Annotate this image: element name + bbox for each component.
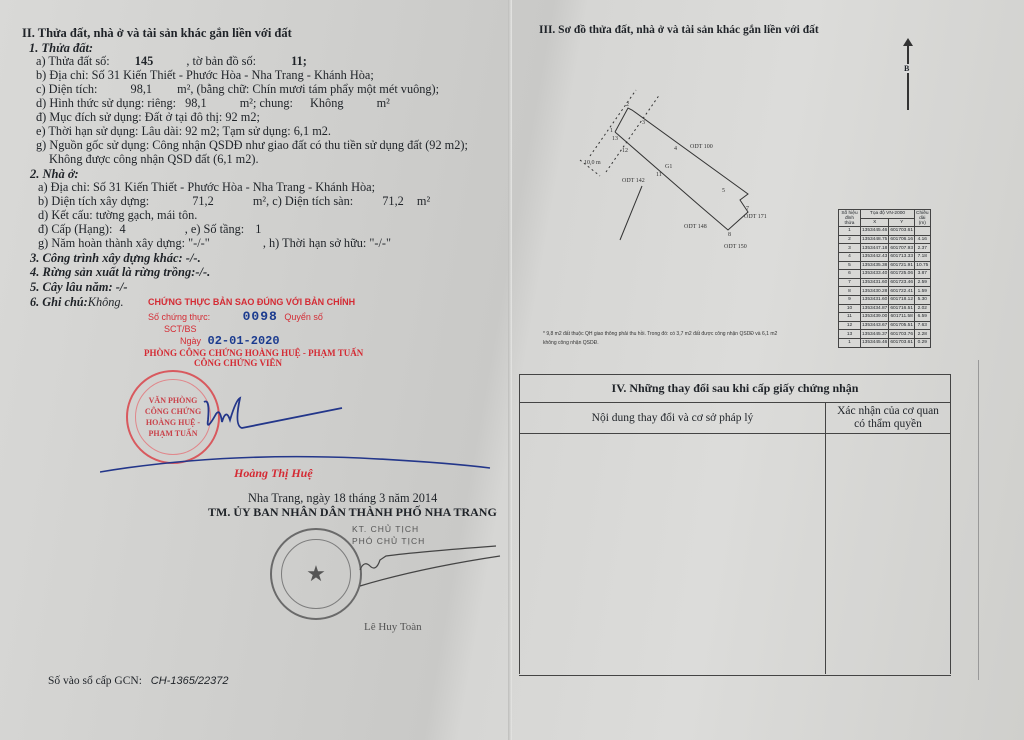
usage-private: 98,1 (185, 96, 207, 110)
changes-confirm-cell (826, 434, 950, 674)
cert-date-label: Ngày (180, 336, 201, 346)
register-row: Số vào sổ cấp GCN: CH-1365/22372 (48, 675, 228, 687)
road-width: 10,0 m (584, 160, 601, 166)
vertex-12: 12 (622, 148, 628, 154)
note-value: Không. (88, 295, 124, 309)
land-purpose: đ) Mục đích sử dụng: Đất ở tại đô thị: 9… (36, 111, 260, 124)
changes-col-confirm: Xác nhận của cơ quancó thẩm quyền (826, 403, 950, 433)
confirm-line2: có thẩm quyền (837, 418, 939, 431)
coord-y: 601721.91 (889, 261, 915, 270)
vertex-id: 5 (839, 261, 861, 270)
cert-role: CÔNG CHỨNG VIÊN (194, 358, 368, 368)
ownership-term: , h) Thời hạn sở hữu: "-/-" (263, 236, 391, 250)
register-no: CH-1365/22372 (151, 675, 229, 687)
edge-length: 2.59 (915, 278, 931, 287)
edge-length: 7.18 (915, 252, 931, 261)
usage-form-label: d) Hình thức sử dụng: riêng: (36, 96, 176, 110)
notary-signature (100, 380, 500, 480)
floors: 1 (255, 222, 261, 236)
diagram-note: * 9,8 m2 đất thuộc QH giao thông phải th… (543, 330, 783, 348)
coord-y: 601705.51 (889, 321, 915, 330)
north-arrow-icon (907, 44, 909, 110)
edge-length: 1.59 (915, 287, 931, 296)
margin-line (978, 360, 979, 680)
usage-form-row: d) Hình thức sử dụng: riêng: 98,1 m²; ch… (36, 97, 390, 110)
coords-row: 41353442.43601713.337.18 (839, 252, 931, 261)
note-row: 6. Ghi chú:Không. (30, 295, 124, 310)
grade: 4 (120, 222, 126, 236)
edge-length: 6.59 (915, 313, 931, 322)
coord-x: 1353435.38 (861, 261, 889, 270)
coord-x: 1353447.18 (861, 244, 889, 253)
notary-signer: Hoàng Thị Huệ (234, 466, 313, 481)
coordinates-table: Số hiệu đỉnh thửa Tọa độ VN-2000 Chiều d… (838, 209, 931, 348)
house-structure: d) Kết cấu: tường gạch, mái tôn. (38, 209, 197, 222)
vertex-id: 2 (839, 235, 861, 244)
coord-x: 1353430.28 (861, 287, 889, 296)
usage-common-label: m²; chung: (240, 96, 293, 110)
coord-x: 1353433.40 (861, 270, 889, 279)
section-4-title: IV. Những thay đổi sau khi cấp giấy chứn… (520, 375, 950, 403)
coords-row: 31353447.18601707.932.37 (839, 244, 931, 253)
certification-stamp: CHỨNG THỰC BẢN SAO ĐÚNG VỚI BẢN CHÍNH Số… (148, 297, 368, 368)
floor-area-label: m², c) Diện tích sàn: (253, 194, 353, 208)
house-address: a) Địa chỉ: Số 31 Kiến Thiết - Phước Hòa… (38, 181, 375, 194)
issue-place-date: Nha Trang, ngày 18 tháng 3 năm 2014 (248, 492, 437, 505)
edge-length: 4.16 (915, 235, 931, 244)
parcel-no-label: a) Thửa đất số: (36, 54, 110, 68)
other-works: 3. Công trình xây dựng khác: -/-. (30, 251, 201, 266)
coords-row: 11353445.46601703.610.29 (839, 338, 931, 347)
coord-y: 601703.76 (889, 330, 915, 339)
coord-x: 1353431.60 (861, 295, 889, 304)
coord-x: 1353445.37 (861, 330, 889, 339)
forest: 4. Rừng sản xuất là rừng trồng:-/-. (30, 265, 210, 280)
edge-length: 2.37 (915, 244, 931, 253)
vertex-id: 1 (839, 227, 861, 236)
map-sheet-label: , tờ bản đồ số: (186, 54, 256, 68)
coords-row: 81353430.28601722.411.59 (839, 287, 931, 296)
neighbor-odt142: ODT 142 (622, 178, 645, 184)
coord-x: 1353434.87 (861, 304, 889, 313)
vertex-8: 8 (728, 232, 731, 238)
book-code: SCT/BS (164, 324, 197, 334)
table-bottom-border (519, 674, 951, 676)
coord-y: 601703.61 (889, 338, 915, 347)
note-label: 6. Ghi chú: (30, 295, 88, 309)
vertex-id: 4 (839, 252, 861, 261)
vertex-id: 11 (839, 313, 861, 322)
official-signature (330, 540, 510, 600)
edge-length (915, 227, 931, 236)
land-origin-2: Không được công nhận QSD đất (6,1 m2). (49, 153, 259, 166)
coord-y: 601718.12 (889, 295, 915, 304)
changes-col-content: Nội dung thay đổi và cơ sở pháp lý (520, 403, 826, 433)
coord-y: 601722.41 (889, 287, 915, 296)
official-signer: Lê Huy Toàn (364, 621, 422, 633)
coords-header-length: Chiều dài (m) (915, 210, 931, 227)
coords-row: 91353431.60601718.125.30 (839, 295, 931, 304)
coords-header-x: X (861, 218, 889, 227)
vertex-11: 11 (656, 172, 662, 178)
coord-y: 601706.16 (889, 235, 915, 244)
coords-row: 71353431.60601723.462.59 (839, 278, 931, 287)
deputy-line1: KT. CHỦ TỊCH (352, 524, 419, 534)
register-label: Số vào sổ cấp GCN: (48, 675, 142, 687)
coord-x: 1353443.67 (861, 321, 889, 330)
vertex-id: 9 (839, 295, 861, 304)
cert-date: 02-01-2020 (208, 334, 280, 348)
coords-row: 111353439.00601711.586.59 (839, 313, 931, 322)
coords-row: 101353434.87601716.512.02 (839, 304, 931, 313)
neighbor-odt148: ODT 148 (684, 224, 707, 230)
vertex-id: 1 (839, 338, 861, 347)
vertex-id: 13 (839, 330, 861, 339)
edge-length: 5.30 (915, 295, 931, 304)
cert-no-row: Số chứng thực: 0098 Quyển số SCT/BS (148, 309, 368, 334)
year-built: g) Năm hoàn thành xây dựng: "-/-" (38, 236, 210, 250)
coord-y: 601711.58 (889, 313, 915, 322)
coord-y: 601723.46 (889, 278, 915, 287)
coords-row: 21353448.75601706.164.16 (839, 235, 931, 244)
neighbor-odt100: ODT 100 (690, 144, 713, 150)
coord-y: 601713.33 (889, 252, 915, 261)
parcel-label: G1 (665, 164, 672, 170)
coords-header-vertex: Số hiệu đỉnh thửa (839, 210, 861, 227)
edge-length: 10.75 (915, 261, 931, 270)
parcel-number-row: a) Thửa đất số: 145 , tờ bản đồ số: 11; (36, 55, 307, 68)
book-label: Quyển số (284, 312, 323, 322)
coord-y: 601725.06 (889, 270, 915, 279)
house-grade-row: đ) Cấp (Hạng): 4 , e) Số tầng: 1 (38, 223, 261, 236)
grade-label: đ) Cấp (Hạng): (38, 222, 112, 236)
left-page: II. Thửa đất, nhà ở và tài sản khác gắn … (0, 0, 508, 740)
star-emblem-icon: ★ (306, 561, 326, 587)
vertex-id: 7 (839, 278, 861, 287)
parcel-diagram: G1 10,0 m ODT 100 ODT 142 ODT 148 ODT 17… (560, 80, 800, 270)
cert-office: PHÒNG CÔNG CHỨNG HOÀNG HUỆ - PHẠM TUẤN (144, 348, 368, 358)
built-area: 71,2 (192, 194, 214, 208)
house-year-row: g) Năm hoàn thành xây dựng: "-/-" , h) T… (38, 237, 391, 250)
changes-content-cell (520, 434, 826, 674)
section-3-title: III. Sơ đồ thửa đất, nhà ở và tài sản kh… (539, 24, 819, 36)
vertex-5: 5 (722, 188, 725, 194)
built-area-label: b) Diện tích xây dựng: (38, 194, 149, 208)
vertex-7: 7 (746, 206, 749, 212)
edge-length: 2.28 (915, 330, 931, 339)
area-words: m², (bằng chữ: Chín mươi tám phẩy một mé… (177, 82, 439, 96)
issuing-authority: TM. ỦY BAN NHÂN DÂN THÀNH PHỐ NHA TRANG (208, 505, 497, 520)
coord-x: 1353445.46 (861, 227, 889, 236)
edge-length: 3.87 (915, 270, 931, 279)
edge-length: 0.29 (915, 338, 931, 347)
cert-no: 0098 (243, 309, 278, 324)
edge-length: 7.63 (915, 321, 931, 330)
vertex-id: 8 (839, 287, 861, 296)
vertex-id: 3 (839, 244, 861, 253)
coord-x: 1353448.75 (861, 235, 889, 244)
land-area-row: c) Diện tích: 98,1 m², (bằng chữ: Chín m… (36, 83, 439, 96)
perennial: 5. Cây lâu năm: -/- (30, 280, 128, 295)
vertex-id: 12 (839, 321, 861, 330)
cert-no-label: Số chứng thực: (148, 312, 210, 322)
coord-x: 1353439.00 (861, 313, 889, 322)
floors-label: , e) Số tầng: (185, 222, 244, 236)
changes-table: IV. Những thay đổi sau khi cấp giấy chứn… (519, 374, 951, 674)
vertex-id: 10 (839, 304, 861, 313)
cert-date-row: Ngày 02-01-2020 (180, 334, 368, 348)
cert-line1: CHỨNG THỰC BẢN SAO ĐÚNG VỚI BẢN CHÍNH (148, 297, 368, 307)
vertex-1: 1 (610, 128, 613, 134)
coords-header-coords: Tọa độ VN-2000 (861, 210, 915, 219)
coords-row: 61353433.40601725.063.87 (839, 270, 931, 279)
usage-unit: m² (377, 96, 390, 110)
usage-common: Không (310, 96, 343, 110)
vertex-2: 2 (626, 102, 629, 108)
coord-x: 1353431.60 (861, 278, 889, 287)
floor-unit: m² (417, 194, 430, 208)
coord-y: 601707.93 (889, 244, 915, 253)
coord-x: 1353445.46 (861, 338, 889, 347)
coords-row: 11353445.46601703.61 (839, 227, 931, 236)
land-address: b) Địa chỉ: Số 31 Kiến Thiết - Phước Hòa… (36, 69, 374, 82)
parcel-no: 145 (135, 54, 153, 68)
coords-row: 131353445.37601703.762.28 (839, 330, 931, 339)
floor-area: 71,2 (382, 194, 404, 208)
coords-header-y: Y (889, 218, 915, 227)
land-term: e) Thời hạn sử dụng: Lâu dài: 92 m2; Tạm… (36, 125, 331, 138)
area-value: 98,1 (131, 82, 153, 96)
coord-y: 601703.61 (889, 227, 915, 236)
vertex-4: 4 (674, 146, 677, 152)
section-2-title: II. Thửa đất, nhà ở và tài sản khác gắn … (22, 26, 292, 41)
confirm-line1: Xác nhận của cơ quan (837, 405, 939, 418)
north-label: B (904, 64, 909, 73)
neighbor-odt171: ODT 171 (744, 214, 767, 220)
coords-row: 51353435.38601721.9110.75 (839, 261, 931, 270)
vertex-id: 6 (839, 270, 861, 279)
vertex-3: 3 (642, 120, 645, 126)
area-label: c) Diện tích: (36, 82, 97, 96)
coords-row: 121353443.67601705.517.63 (839, 321, 931, 330)
page-fold (508, 0, 512, 740)
house-area-row: b) Diện tích xây dựng: 71,2 m², c) Diện … (38, 195, 430, 208)
neighbor-odt150: ODT 150 (724, 244, 747, 250)
coord-x: 1353442.43 (861, 252, 889, 261)
coord-y: 601716.51 (889, 304, 915, 313)
vertex-13: 13 (612, 136, 618, 142)
land-origin-1: g) Nguồn gốc sử dụng: Công nhận QSDĐ như… (36, 139, 468, 152)
edge-length: 2.02 (915, 304, 931, 313)
map-sheet: 11; (291, 54, 307, 68)
